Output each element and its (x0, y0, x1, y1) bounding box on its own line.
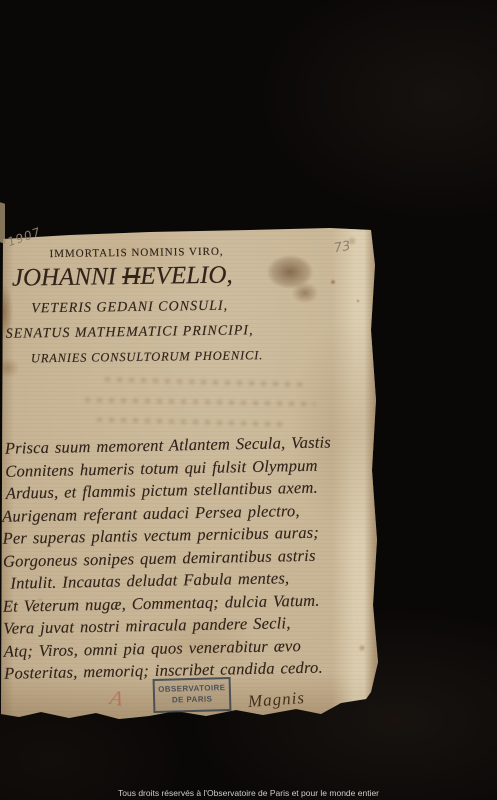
dedication-poem: Prisca suum memorent Atlantem Secula, Va… (5, 430, 395, 685)
folio-number: 73 (333, 239, 352, 257)
title-line-2: JOHANNI HEVELIO, (12, 262, 233, 293)
title-line-2-post: EVELIO, (140, 262, 233, 290)
catchword-signature: Magnis (247, 688, 305, 712)
verso-show-through (75, 376, 325, 430)
scan-viewport: 1907 73 IMMORTALIS NOMINIS VIRO, JOHANNI… (0, 0, 497, 800)
struck-letter: H (122, 263, 140, 290)
dedication-title: IMMORTALIS NOMINIS VIRO, JOHANNI HEVELIO… (0, 0, 400, 3)
copyright-footer: Tous droits réservés à l'Observatoire de… (0, 788, 497, 798)
show-through-line (85, 398, 315, 406)
page-edge-sliver (0, 202, 5, 244)
title-line-3: VETERIS GEDANI CONSULI, (31, 299, 228, 318)
library-stamp: OBSERVATOIRE DE PARIS (153, 677, 232, 713)
title-line-2-pre: JOHANNI (12, 263, 123, 292)
show-through-line (97, 418, 287, 427)
show-through-line (105, 377, 305, 386)
title-line-1: IMMORTALIS NOMINIS VIRO, (49, 246, 223, 260)
stamp-line-2: DE PARIS (155, 693, 229, 706)
